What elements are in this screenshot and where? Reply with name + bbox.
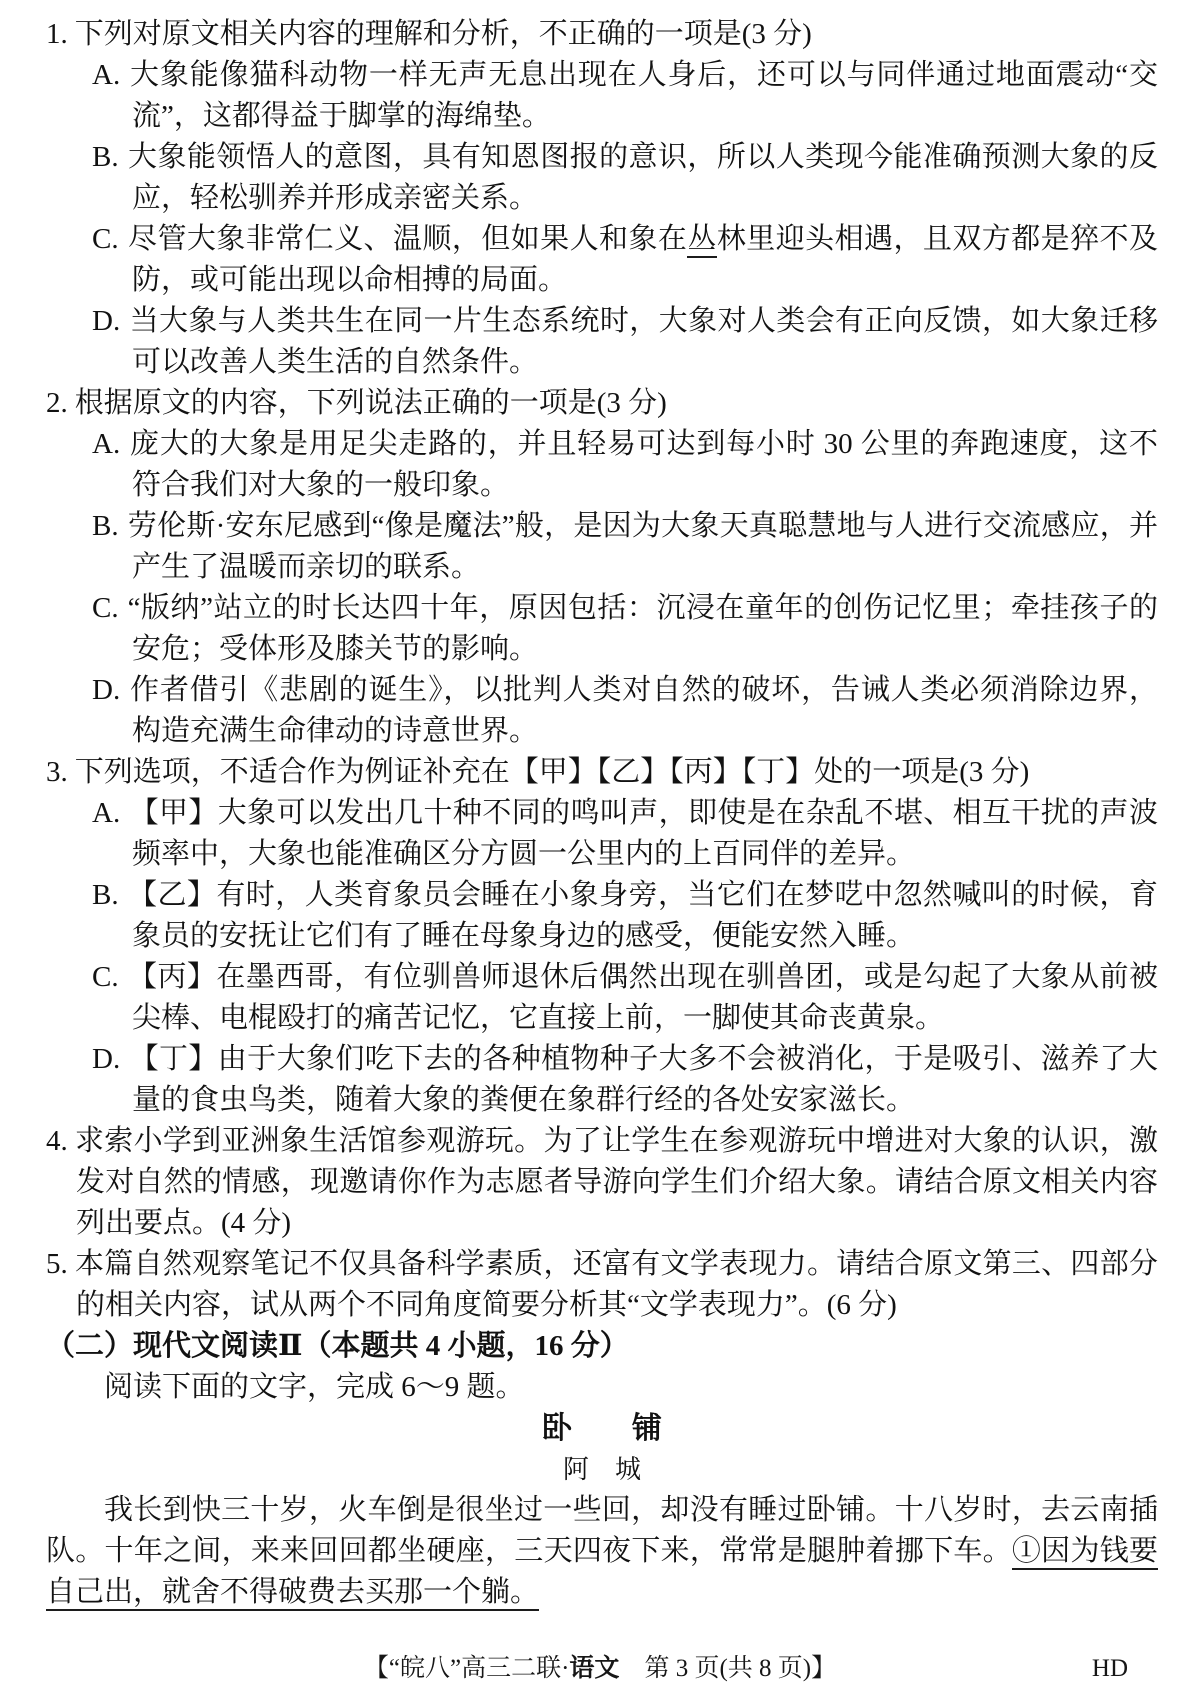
question-2-option-b: B.劳伦斯·安东尼感到“像是魔法”般，是因为大象天真聪慧地与人进行交流感应，并产… xyxy=(46,506,1158,588)
footer-exam-label-pre: 【“皖八”高三二联· xyxy=(364,1655,570,1682)
option-c-underlined-word: 丛 xyxy=(687,223,716,258)
option-b-text: 劳伦斯·安东尼感到“像是魔法”般，是因为大象天真聪慧地与人进行交流感应，并产生了… xyxy=(128,510,1158,583)
question-2-number: 2. xyxy=(46,387,68,419)
question-1-option-d: D.当大象与人类共生在同一片生态系统时，大象对人类会有正向反馈，如大象迁移可以改… xyxy=(46,301,1158,383)
question-2-option-a: A.庞大的大象是用足尖走路的，并且轻易可达到每小时 30 公里的奔跑速度，这不符… xyxy=(46,424,1158,506)
option-d-text: 当大象与人类共生在同一片生态系统时，大象对人类会有正向反馈，如大象迁移可以改善人… xyxy=(129,305,1158,378)
section-intro: 阅读下面的文字，完成 6～9 题。 xyxy=(46,1367,1158,1408)
question-3-number: 3. xyxy=(46,756,68,788)
option-b-text: 大象能领悟人的意图，具有知恩图报的意识，所以人类现今能准确预测大象的反应，轻松驯… xyxy=(128,141,1158,214)
section-modern-reading-2: （二）现代文阅读Ⅱ（本题共 4 小题，16 分） 阅读下面的文字，完成 6～9 … xyxy=(46,1326,1158,1613)
question-4-number: 4. xyxy=(46,1125,68,1157)
question-4-stem: 4.求索小学到亚洲象生活馆参观游玩。为了让学生在参观游玩中增进对大象的认识，激发… xyxy=(46,1121,1158,1244)
question-1-stem-text: 下列对原文相关内容的理解和分析，不正确的一项是(3 分) xyxy=(75,18,812,50)
option-d-label: D. xyxy=(92,305,120,337)
passage-paragraph: 我长到快三十岁，火车倒是很坐过一些回，却没有睡过卧铺。十八岁时，去云南插队。十年… xyxy=(46,1490,1158,1613)
exam-page: 1.下列对原文相关内容的理解和分析，不正确的一项是(3 分) A.大象能像猫科动… xyxy=(0,0,1200,1706)
passage-text: 我长到快三十岁，火车倒是很坐过一些回，却没有睡过卧铺。十八岁时，去云南插队。十年… xyxy=(46,1494,1158,1567)
question-4-stem-text: 求索小学到亚洲象生活馆参观游玩。为了让学生在参观游玩中增进对大象的认识，激发对自… xyxy=(75,1125,1158,1239)
question-1-number: 1. xyxy=(46,18,68,50)
question-2-option-c: C.“版纳”站立的时长达四十年，原因包括：沉浸在童年的创伤记忆里；牵挂孩子的安危… xyxy=(46,588,1158,670)
option-a-label: A. xyxy=(92,797,120,829)
option-b-label: B. xyxy=(92,879,119,911)
question-3-option-d: D.【丁】由于大象们吃下去的各种植物种子大多不会被消化，于是吸引、滋养了大量的食… xyxy=(46,1039,1158,1121)
option-a-text: 庞大的大象是用足尖走路的，并且轻易可达到每小时 30 公里的奔跑速度，这不符合我… xyxy=(129,428,1158,501)
option-a-text: 大象能像猫科动物一样无声无息出现在人身后，还可以与同伴通过地面震动“交流”，这都… xyxy=(129,59,1158,132)
option-b-text: 【乙】有时，人类育象员会睡在小象身旁，当它们在梦呓中忽然喊叫的时候，育象员的安抚… xyxy=(128,879,1158,952)
option-d-label: D. xyxy=(92,674,120,706)
option-b-label: B. xyxy=(92,510,119,542)
question-3: 3.下列选项，不适合作为例证补充在【甲】【乙】【丙】【丁】处的一项是(3 分) … xyxy=(46,752,1158,1121)
question-3-option-b: B.【乙】有时，人类育象员会睡在小象身旁，当它们在梦呓中忽然喊叫的时候，育象员的… xyxy=(46,875,1158,957)
option-c-label: C. xyxy=(92,961,119,993)
footer-subject-label: 语文 xyxy=(569,1655,619,1682)
option-c-label: C. xyxy=(92,223,119,255)
question-2-stem-text: 根据原文的内容，下列说法正确的一项是(3 分) xyxy=(75,387,667,419)
question-3-stem-text: 下列选项，不适合作为例证补充在【甲】【乙】【丙】【丁】处的一项是(3 分) xyxy=(75,756,1030,788)
question-1-option-a: A.大象能像猫科动物一样无声无息出现在人身后，还可以与同伴通过地面震动“交流”，… xyxy=(46,55,1158,137)
option-b-label: B. xyxy=(92,141,119,173)
passage-author: 阿 城 xyxy=(46,1449,1158,1490)
option-d-label: D. xyxy=(92,1043,120,1075)
option-c-text-pre: 尽管大象非常仁义、温顺，但如果人和象在 xyxy=(128,223,688,255)
question-3-option-c: C.【丙】在墨西哥，有位驯兽师退休后偶然出现在驯兽团，或是勾起了大象从前被尖棒、… xyxy=(46,957,1158,1039)
option-a-label: A. xyxy=(92,428,120,460)
question-5-stem-text: 本篇自然观察笔记不仅具备科学素质，还富有文学表现力。请结合原文第三、四部分的相关… xyxy=(75,1248,1158,1321)
question-1: 1.下列对原文相关内容的理解和分析，不正确的一项是(3 分) A.大象能像猫科动… xyxy=(46,14,1158,383)
option-c-label: C. xyxy=(92,592,119,624)
option-c-text: “版纳”站立的时长达四十年，原因包括：沉浸在童年的创伤记忆里；牵挂孩子的安危；受… xyxy=(128,592,1158,665)
option-d-text: 【丁】由于大象们吃下去的各种植物种子大多不会被消化，于是吸引、滋养了大量的食虫鸟… xyxy=(129,1043,1158,1116)
footer-page-indicator: 第 3 页(共 8 页)】 xyxy=(619,1655,836,1682)
question-3-option-a: A.【甲】大象可以发出几十种不同的鸣叫声，即使是在杂乱不堪、相互干扰的声波频率中… xyxy=(46,793,1158,875)
question-1-option-b: B.大象能领悟人的意图，具有知恩图报的意识，所以人类现今能准确预测大象的反应，轻… xyxy=(46,137,1158,219)
question-5-stem: 5.本篇自然观察笔记不仅具备科学素质，还富有文学表现力。请结合原文第三、四部分的… xyxy=(46,1244,1158,1326)
section-heading: （二）现代文阅读Ⅱ（本题共 4 小题，16 分） xyxy=(46,1326,1158,1367)
option-c-text: 【丙】在墨西哥，有位驯兽师退休后偶然出现在驯兽团，或是勾起了大象从前被尖棒、电棍… xyxy=(128,961,1158,1034)
passage-title: 卧 铺 xyxy=(46,1408,1158,1449)
question-2-stem: 2.根据原文的内容，下列说法正确的一项是(3 分) xyxy=(46,383,1158,424)
question-5-number: 5. xyxy=(46,1248,68,1280)
question-3-stem: 3.下列选项，不适合作为例证补充在【甲】【乙】【丙】【丁】处的一项是(3 分) xyxy=(46,752,1158,793)
option-a-text: 【甲】大象可以发出几十种不同的鸣叫声，即使是在杂乱不堪、相互干扰的声波频率中，大… xyxy=(129,797,1158,870)
question-1-option-c: C.尽管大象非常仁义、温顺，但如果人和象在丛林里迎头相遇，且双方都是猝不及防，或… xyxy=(46,219,1158,301)
question-1-stem: 1.下列对原文相关内容的理解和分析，不正确的一项是(3 分) xyxy=(46,14,1158,55)
page-footer: 【“皖八”高三二联·语文 第 3 页(共 8 页)】 HD xyxy=(0,1654,1200,1684)
question-2: 2.根据原文的内容，下列说法正确的一项是(3 分) A.庞大的大象是用足尖走路的… xyxy=(46,383,1158,752)
option-a-label: A. xyxy=(92,59,120,91)
option-d-text: 作者借引《悲剧的诞生》，以批判人类对自然的破坏，告诫人类必须消除边界，构造充满生… xyxy=(129,674,1158,747)
footer-code: HD xyxy=(1092,1654,1128,1684)
question-2-option-d: D.作者借引《悲剧的诞生》，以批判人类对自然的破坏，告诫人类必须消除边界，构造充… xyxy=(46,670,1158,752)
